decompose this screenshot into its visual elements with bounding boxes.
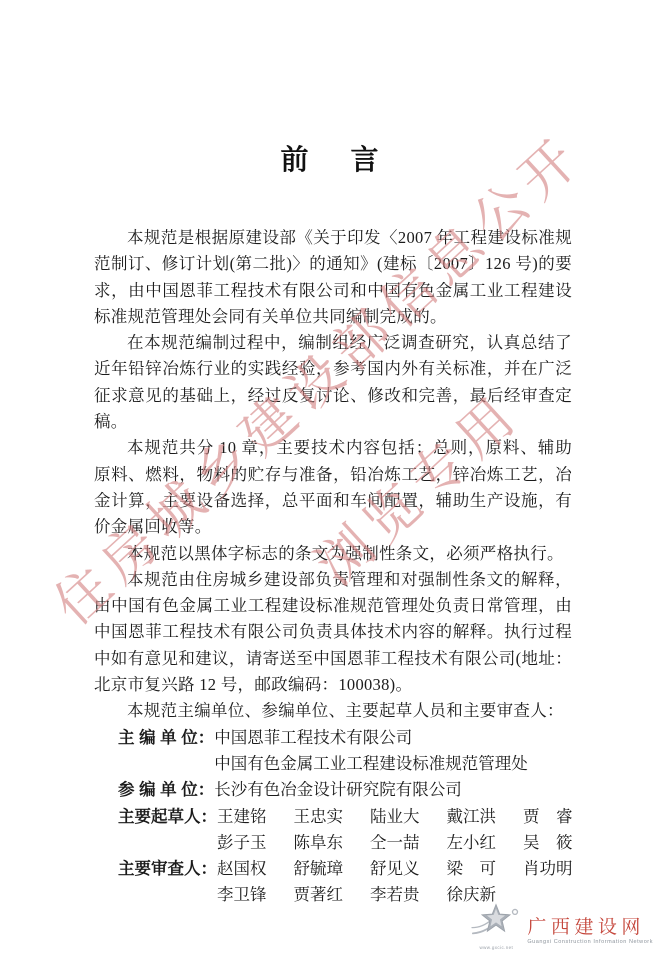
role-label: 主要审查人： [118, 856, 217, 882]
role-item: 长沙有色冶金设计研究院有限公司 [214, 777, 462, 803]
role-item: 肖功明 [523, 856, 573, 882]
role-item: 舒见义 [370, 856, 420, 882]
roles: 主 编 单 位：中国恩菲工程技术有限公司中国有色金属工业工程建设标准规范管理处参… [94, 725, 572, 909]
role-item: 陈阜东 [294, 830, 344, 856]
role-lines: 王建铭王忠实陆业大戴江洪贾 睿彭子玉陈阜东仝一喆左小红吴 筱 [217, 804, 573, 857]
logo-tagline: Guangxi Construction Information Network [527, 939, 653, 946]
logo-star-block: www.gxcic.net [470, 902, 522, 950]
role-item: 舒毓璋 [294, 856, 344, 882]
role-item: 李卫锋 [217, 882, 267, 908]
logo-star-caption: www.gxcic.net [480, 945, 514, 950]
foreword-content: 前 言 本规范是根据原建设部《关于印发〈2007 年工程建设标准规范制订、修订计… [94, 138, 572, 909]
paragraph: 本规范主编单位、参编单位、主要起草人员和主要审查人： [94, 698, 572, 724]
logo-name: 广西建设网 [527, 917, 653, 939]
site-logo: www.gxcic.net 广西建设网 Guangxi Construction… [470, 902, 653, 950]
role-item: 彭子玉 [217, 830, 267, 856]
role-label: 参 编 单 位： [118, 777, 214, 803]
role-item: 左小红 [447, 830, 497, 856]
paragraphs: 本规范是根据原建设部《关于印发〈2007 年工程建设标准规范制订、修订计划(第二… [94, 225, 572, 725]
role-item: 王忠实 [294, 804, 344, 830]
paragraph: 本规范以黑体字标志的条文为强制性条文，必须严格执行。 [94, 541, 572, 567]
role-item: 戴江洪 [447, 804, 497, 830]
role-row: 主要起草人：王建铭王忠实陆业大戴江洪贾 睿彭子玉陈阜东仝一喆左小红吴 筱 [118, 804, 572, 857]
paragraph: 本规范共分 10 章，主要技术内容包括：总则，原料、辅助原料、燃料，物料的贮存与… [94, 435, 572, 540]
role-lines: 赵国权舒毓璋舒见义梁 可肖功明李卫锋贾著红李若贵徐庆新 [217, 856, 573, 909]
paragraph: 本规范是根据原建设部《关于印发〈2007 年工程建设标准规范制订、修订计划(第二… [94, 225, 572, 330]
role-label: 主 编 单 位： [118, 725, 214, 751]
paragraph: 在本规范编制过程中，编制组经广泛调查研究，认真总结了近年铅锌冶炼行业的实践经验，… [94, 330, 572, 435]
role-item: 陆业大 [370, 804, 420, 830]
role-line: 赵国权舒毓璋舒见义梁 可肖功明 [217, 856, 573, 882]
role-item: 王建铭 [217, 804, 267, 830]
role-line: 王建铭王忠实陆业大戴江洪贾 睿 [217, 804, 573, 830]
paragraph: 本规范由住房城乡建设部负责管理和对强制性条文的解释，由中国有色金属工业工程建设标… [94, 567, 572, 698]
role-lines: 中国恩菲工程技术有限公司中国有色金属工业工程建设标准规范管理处 [214, 725, 572, 778]
role-row: 主要审查人：赵国权舒毓璋舒见义梁 可肖功明李卫锋贾著红李若贵徐庆新 [118, 856, 572, 909]
role-line: 中国恩菲工程技术有限公司 [214, 725, 572, 751]
page-title: 前 言 [94, 138, 572, 178]
role-item: 李若贵 [370, 882, 420, 908]
logo-text-block: 广西建设网 Guangxi Construction Information N… [527, 917, 653, 950]
role-line: 彭子玉陈阜东仝一喆左小红吴 筱 [217, 830, 573, 856]
role-row: 参 编 单 位：长沙有色冶金设计研究院有限公司 [118, 777, 572, 803]
role-item: 梁 可 [447, 856, 497, 882]
role-row: 主 编 单 位：中国恩菲工程技术有限公司中国有色金属工业工程建设标准规范管理处 [118, 725, 572, 778]
scanned-document-page: 前 言 本规范是根据原建设部《关于印发〈2007 年工程建设标准规范制订、修订计… [0, 0, 661, 958]
role-item: 赵国权 [217, 856, 267, 882]
role-item: 中国有色金属工业工程建设标准规范管理处 [214, 751, 528, 777]
role-item: 贾 睿 [523, 804, 573, 830]
role-item: 仝一喆 [370, 830, 420, 856]
role-label: 主要起草人： [118, 804, 217, 830]
role-line: 中国有色金属工业工程建设标准规范管理处 [214, 751, 572, 777]
role-line: 长沙有色冶金设计研究院有限公司 [214, 777, 572, 803]
role-lines: 长沙有色冶金设计研究院有限公司 [214, 777, 572, 803]
role-item: 中国恩菲工程技术有限公司 [214, 725, 412, 751]
role-item: 贾著红 [294, 882, 344, 908]
role-item: 吴 筱 [523, 830, 573, 856]
shooting-star-icon [470, 902, 522, 945]
